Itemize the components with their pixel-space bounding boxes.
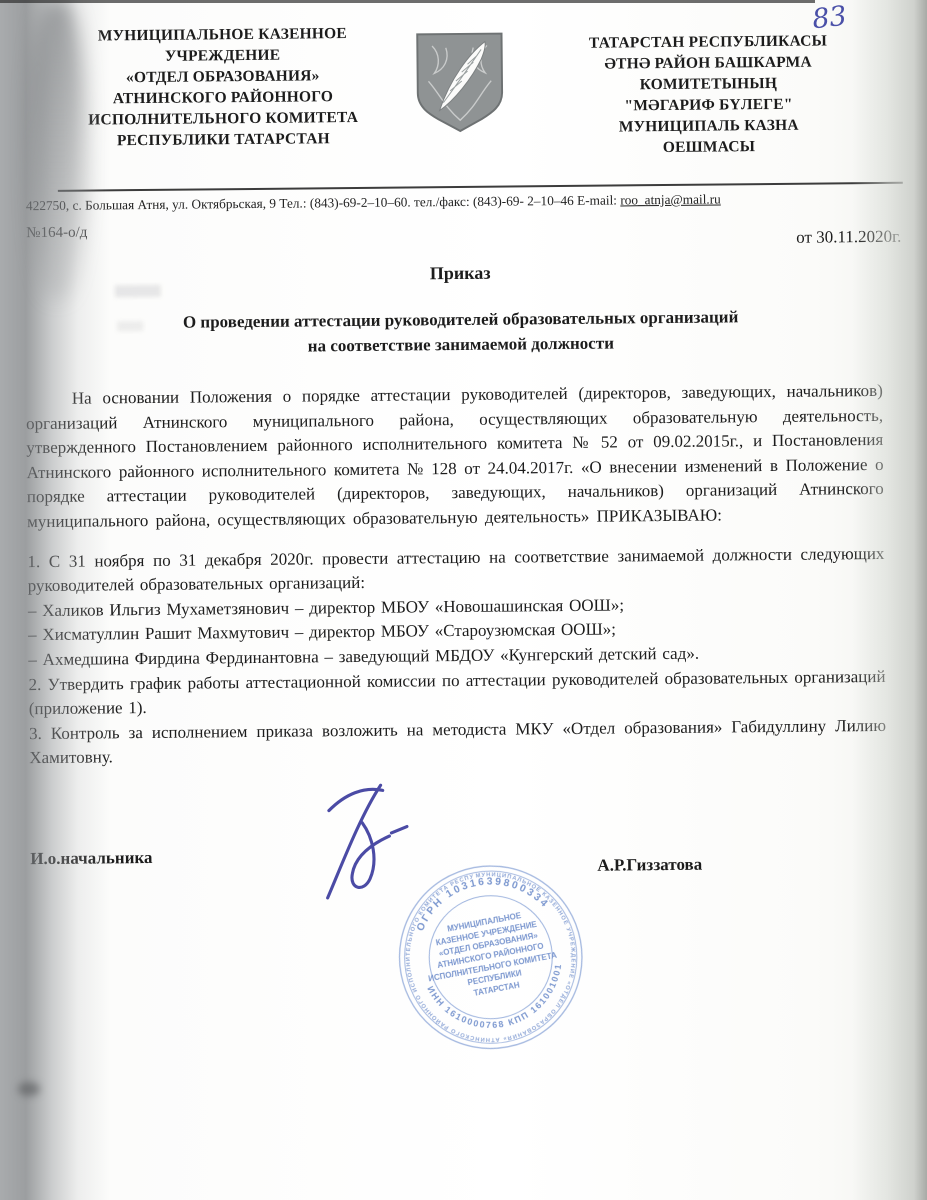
preamble-paragraph: На основании Положения о порядке аттеста…: [26, 379, 884, 535]
letterhead-line: РЕСПУБЛИКИ ТАТАРСТАН: [47, 128, 399, 152]
order-item-2: 2. Утвердить график работы аттестационно…: [28, 664, 885, 721]
email-address: roo_atnja@mail.ru: [620, 191, 721, 207]
document-subject: О проведении аттестации руководителей об…: [57, 303, 864, 361]
signer-position: И.о.начальника: [30, 848, 152, 868]
letterhead: МУНИЦИПАЛЬНОЕ КАЗЕННОЕ УЧРЕЖДЕНИЕ «ОТДЕЛ…: [46, 14, 896, 164]
document-number: №164-о/д: [26, 225, 87, 243]
email-label: E-mail:: [574, 192, 621, 207]
scanned-order-document: 83 МУНИЦИПАЛЬНОЕ КАЗЕННОЕ УЧРЕЖДЕНИЕ «ОТ…: [0, 0, 927, 1200]
document-title: Приказ: [0, 259, 924, 289]
document-date: от 30.11.2020г.: [796, 227, 901, 248]
scan-edge-top: [0, 0, 815, 3]
coat-of-arms-emblem: [398, 29, 521, 134]
letterhead-russian: МУНИЦИПАЛЬНОЕ КАЗЕННОЕ УЧРЕЖДЕНИЕ «ОТДЕЛ…: [46, 23, 399, 152]
letterhead-tatar: ТАТАРСТАН РЕСПУБЛИКАСЫ ӘТНӘ РАЙОН БАШКАР…: [520, 30, 896, 160]
official-round-stamp: МУНИЦИПАЛЬНОЕ КАЗЕННОЕ УЧРЕЖДЕНИЕ «ОТДЕЛ…: [371, 838, 610, 1077]
letterhead-line: ОЕШМАСЫ: [521, 135, 896, 160]
contact-line: 422750, с. Большая Атня, ул. Октябрьская…: [26, 190, 906, 214]
letterhead-line: ИСПОЛНИТЕЛЬНОГО КОМИТЕТА: [47, 107, 399, 131]
scan-blot: [18, 1082, 40, 1096]
order-item-3: 3. Контроль за исполнением приказа возло…: [29, 714, 886, 771]
bleed-through-smudge: [115, 285, 161, 297]
bleed-through-smudge: [117, 321, 143, 331]
shield-feather-icon: [410, 30, 509, 135]
document-body: На основании Положения о порядке аттеста…: [26, 379, 887, 771]
order-item-1: 1. С 31 ноября по 31 декабря 2020г. пров…: [27, 541, 884, 598]
signer-name: А.Р.Гиззатова: [597, 855, 702, 876]
letterhead-line: МУНИЦИПАЛЬНОЕ КАЗЕННОЕ: [46, 23, 398, 47]
address-phone: 422750, с. Большая Атня, ул. Октябрьская…: [26, 193, 574, 213]
